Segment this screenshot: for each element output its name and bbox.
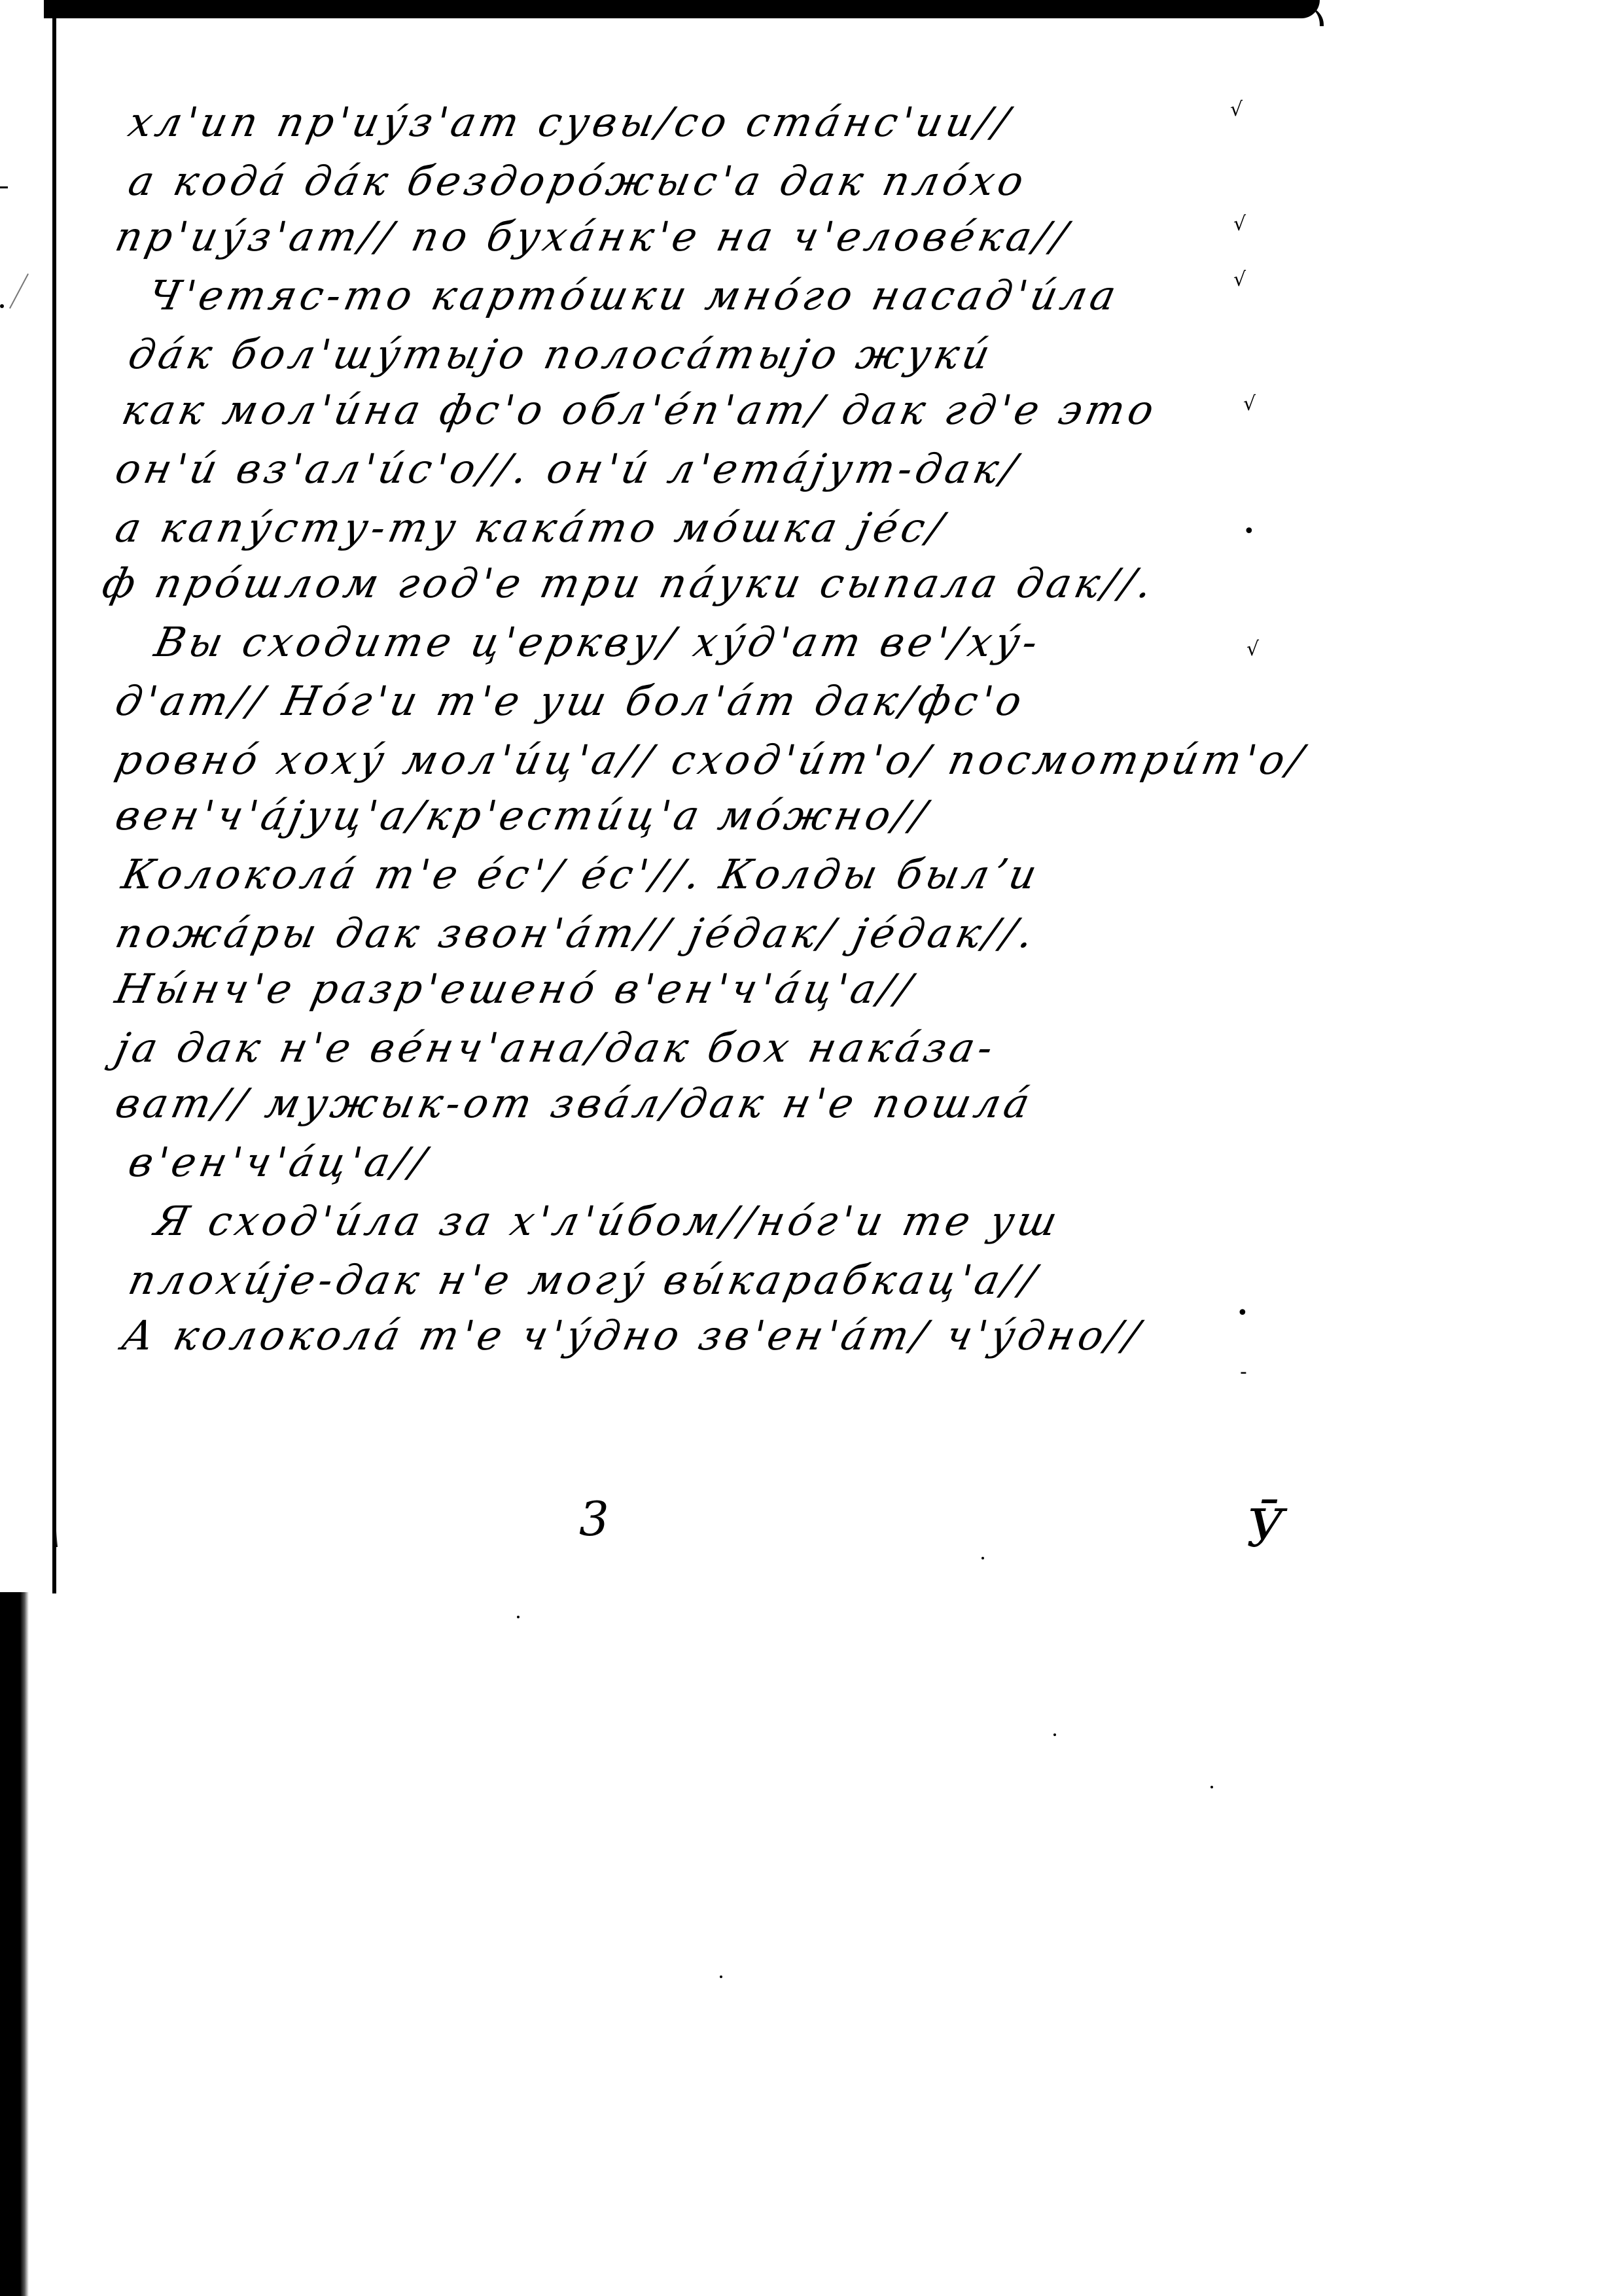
scan-speck [1210, 1786, 1213, 1788]
text-line-10: Вы сходите ц'еркву/ ху́д'ат ве'/ху́- [150, 618, 1046, 666]
text-line-6: как мол'и́на фс'о обл'е́п'ат/ дак гд'е э… [118, 386, 1162, 434]
scan-speck [981, 1557, 984, 1559]
text-line-18: ват// мужык-от зва́л/дак н'е пошла́ [111, 1079, 1038, 1127]
text-line-1: хл'ип пр'иу́з'ат сувы/со ста́нс'ии// [124, 98, 1017, 146]
page-number: 3 [579, 1491, 609, 1546]
text-line-2: а кода́ да́к бездоро́жыс'а дак пло́хо [124, 157, 1032, 205]
text-line-22: А колокола́ т'е ч'у́дно зв'ен'а́т/ ч'у́д… [118, 1312, 1148, 1359]
text-line-14: Колокола́ т'е е́с'/ е́с'//. Колды былʼи [118, 850, 1045, 898]
margin-checkmark: √ [1233, 268, 1246, 291]
scanned-page: хл'ип пр'иу́з'ат сувы/со ста́нс'ии// а к… [0, 0, 1607, 2296]
scan-speck [1053, 1733, 1056, 1736]
scan-top-edge-curl [1305, 7, 1324, 26]
text-line-3: пр'иу́з'ат// по буха́нк'е на ч'елове́ка/… [111, 213, 1075, 260]
text-line-20: Я сход'и́ла за х'л'и́бом//но́г'и те уш [150, 1197, 1065, 1245]
text-line-16: Ны́нч'е разр'ешено́ в'ен'ч'а́ц'а// [111, 965, 919, 1013]
left-margin-dot [0, 304, 4, 308]
text-line-4: Ч'етяс-то карто́шки мно́го насад'и́ла [144, 271, 1124, 319]
scan-top-edge-shadow [44, 0, 1320, 18]
scan-speck [720, 1975, 722, 1978]
margin-checkmark: √ [1246, 638, 1259, 661]
margin-checkmark: √ [1233, 213, 1246, 235]
margin-dash: - [1240, 1361, 1247, 1383]
margin-dot: • [1243, 520, 1255, 543]
margin-checkmark: √ [1243, 392, 1256, 415]
text-line-17: jа дак н'е ве́нч'ана/дак бох нака́за- [111, 1024, 1001, 1071]
margin-dot: • [1237, 1302, 1248, 1325]
scan-speck [517, 1616, 520, 1618]
text-line-7: он'и́ вз'ал'и́с'о//. он'и́ л'ета́jут-дак… [111, 445, 1025, 493]
corner-initial-mark: Ӯ [1246, 1498, 1284, 1559]
text-line-11: д'ат// Но́г'и т'е уш бол'а́т дак/фс'о [111, 677, 1030, 725]
scan-left-edge-shadow [0, 1592, 29, 2296]
text-line-9: ф про́шлом год'е три па́уки сыпала дак//… [98, 559, 1160, 607]
text-line-5: да́к бол'шу́тыjо полоса́тыjо жуки́ [124, 330, 998, 378]
margin-checkmark: √ [1230, 98, 1243, 121]
left-margin-dash [0, 186, 8, 188]
page-left-margin-rule [52, 17, 56, 1593]
text-line-19: в'ен'ч'а́ц'а// [124, 1138, 434, 1186]
text-line-13: вен'ч'а́jуц'а/кр'ести́ц'а мо́жно// [111, 791, 934, 839]
left-margin-stroke [9, 273, 29, 309]
text-line-15: пожа́ры дак звон'а́т// jе́дак/ jе́дак//. [111, 909, 1042, 957]
text-line-8: а капу́сту-ту кака́то мо́шка jе́с/ [111, 504, 951, 551]
text-line-21: плохи́jе-дак н'е могу́ вы́карабкац'а// [124, 1256, 1044, 1304]
text-line-12: ровно́ хоху́ мол'и́ц'а// сход'и́т'о/ пос… [111, 736, 1311, 784]
